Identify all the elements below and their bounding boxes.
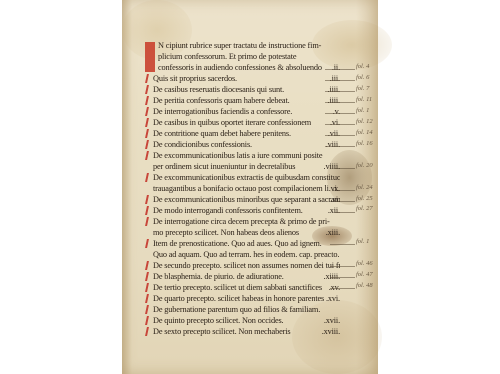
guide-line xyxy=(330,266,355,267)
text-line: Item de prenosticatione. Quo ad aues. Qu… xyxy=(145,238,340,249)
folio-note: fol. 25 xyxy=(356,195,373,202)
text-line: confessoris in audiendo confessiones & a… xyxy=(145,62,340,73)
text-line: De casibus in quibus oportet iterare con… xyxy=(145,117,340,128)
folio-note: fol. 12 xyxy=(356,118,373,125)
guide-line xyxy=(325,124,355,125)
rubric-mark xyxy=(145,118,149,127)
folio-note: fol. 48 xyxy=(356,282,373,289)
text-line: plicium confessorum. Et primo de potesta… xyxy=(145,51,340,62)
rubric-mark xyxy=(145,206,149,215)
folio-note: fol. 20 xyxy=(356,162,373,169)
rubric-mark xyxy=(145,327,149,336)
rubric-mark xyxy=(145,107,149,116)
text-line: De blasphemia. de piurio. de adiuratione… xyxy=(145,271,340,282)
text-line: De excommunicationibus extractis de quib… xyxy=(145,172,340,183)
folio-note: fol. 1 xyxy=(356,238,369,245)
rubric-mark xyxy=(145,74,149,83)
guide-line xyxy=(335,201,355,202)
text-line: N cipiunt rubrice super tractatu de inst… xyxy=(145,40,340,51)
rubric-mark xyxy=(145,96,149,105)
text-line: per ordinem sicut inueniuntur in decreta… xyxy=(145,161,340,172)
rubric-mark xyxy=(145,217,149,226)
rubric-mark xyxy=(145,173,149,182)
guide-line xyxy=(325,135,355,136)
folio-note: fol. 24 xyxy=(356,184,373,191)
folio-note: fol. 46 xyxy=(356,260,373,267)
guide-line xyxy=(330,244,355,245)
folio-note: fol. 6 xyxy=(356,74,369,81)
rubric-mark xyxy=(145,85,149,94)
guide-line xyxy=(335,190,355,191)
rubric-mark xyxy=(145,272,149,281)
text-line: De interrogatione circa decem precepta &… xyxy=(145,216,340,227)
rubric-mark xyxy=(145,151,149,160)
folio-note: fol. 11 xyxy=(356,96,372,103)
guide-line xyxy=(325,146,355,147)
text-line: Quo ad aquam. Quo ad terram. hes in eode… xyxy=(145,249,340,260)
folio-note: fol. 1 xyxy=(356,107,369,114)
folio-note: fol. 4 xyxy=(356,63,369,70)
text-line: De quinto precepto scilicet. Non occides… xyxy=(145,315,340,326)
text-line: De gubernatione parentum quo ad filios &… xyxy=(145,304,340,315)
guide-line xyxy=(330,277,355,278)
text-line: De excommunicationibus minoribus que sep… xyxy=(145,194,340,205)
text-line: De sexto precepto scilicet. Non mechaber… xyxy=(145,326,340,337)
folio-note: fol. 47 xyxy=(356,271,373,278)
rubric-mark xyxy=(145,283,149,292)
text-line: De excommunicationibus latis a iure comm… xyxy=(145,150,340,161)
text-line: De contritione quam debet habere peniten… xyxy=(145,128,340,139)
text-line: Quis sit proprius sacerdos..iii. xyxy=(145,73,340,84)
rubric-mark xyxy=(145,129,149,138)
folio-note: fol. 14 xyxy=(356,129,373,136)
text-line: mo precepto scilicet. Non habeas deos al… xyxy=(145,227,340,238)
guide-line xyxy=(330,288,355,289)
text-line: De condicionibus confessionis..viii. xyxy=(145,139,340,150)
rubric-mark xyxy=(145,261,149,270)
rubric-mark xyxy=(145,316,149,325)
rubric-mark xyxy=(145,305,149,314)
folio-note: fol. 16 xyxy=(356,140,373,147)
text-line: De casibus reseruatis diocesanis qui sun… xyxy=(145,84,340,95)
guide-line xyxy=(335,212,355,213)
text-line: De secundo precepto. scilicet non assume… xyxy=(145,260,340,271)
guide-line xyxy=(325,91,355,92)
rubric-mark xyxy=(145,239,149,248)
text-line: trauagantibus a bonifacio octauo post co… xyxy=(145,183,340,194)
rubric-mark xyxy=(145,140,149,149)
guide-line xyxy=(325,113,355,114)
text-line: De modo interrogandi confessoris confite… xyxy=(145,205,340,216)
guide-line xyxy=(325,80,355,81)
rubrics-list: N cipiunt rubrice super tractatu de inst… xyxy=(145,40,340,337)
guide-line xyxy=(325,69,355,70)
text-line: De peritia confessoris quam habere debea… xyxy=(145,95,340,106)
rubric-mark xyxy=(145,294,149,303)
guide-line xyxy=(325,102,355,103)
rubric-mark xyxy=(145,195,149,204)
text-line: De quarto precepto. scilicet habeas in h… xyxy=(145,293,340,304)
text-line: De interrogationibus faciendis a confess… xyxy=(145,106,340,117)
guide-line xyxy=(335,168,355,169)
folio-note: fol. 27 xyxy=(356,205,373,212)
folio-note: fol. 7 xyxy=(356,85,369,92)
text-line: De tertio precepto. scilicet ut diem sab… xyxy=(145,282,340,293)
